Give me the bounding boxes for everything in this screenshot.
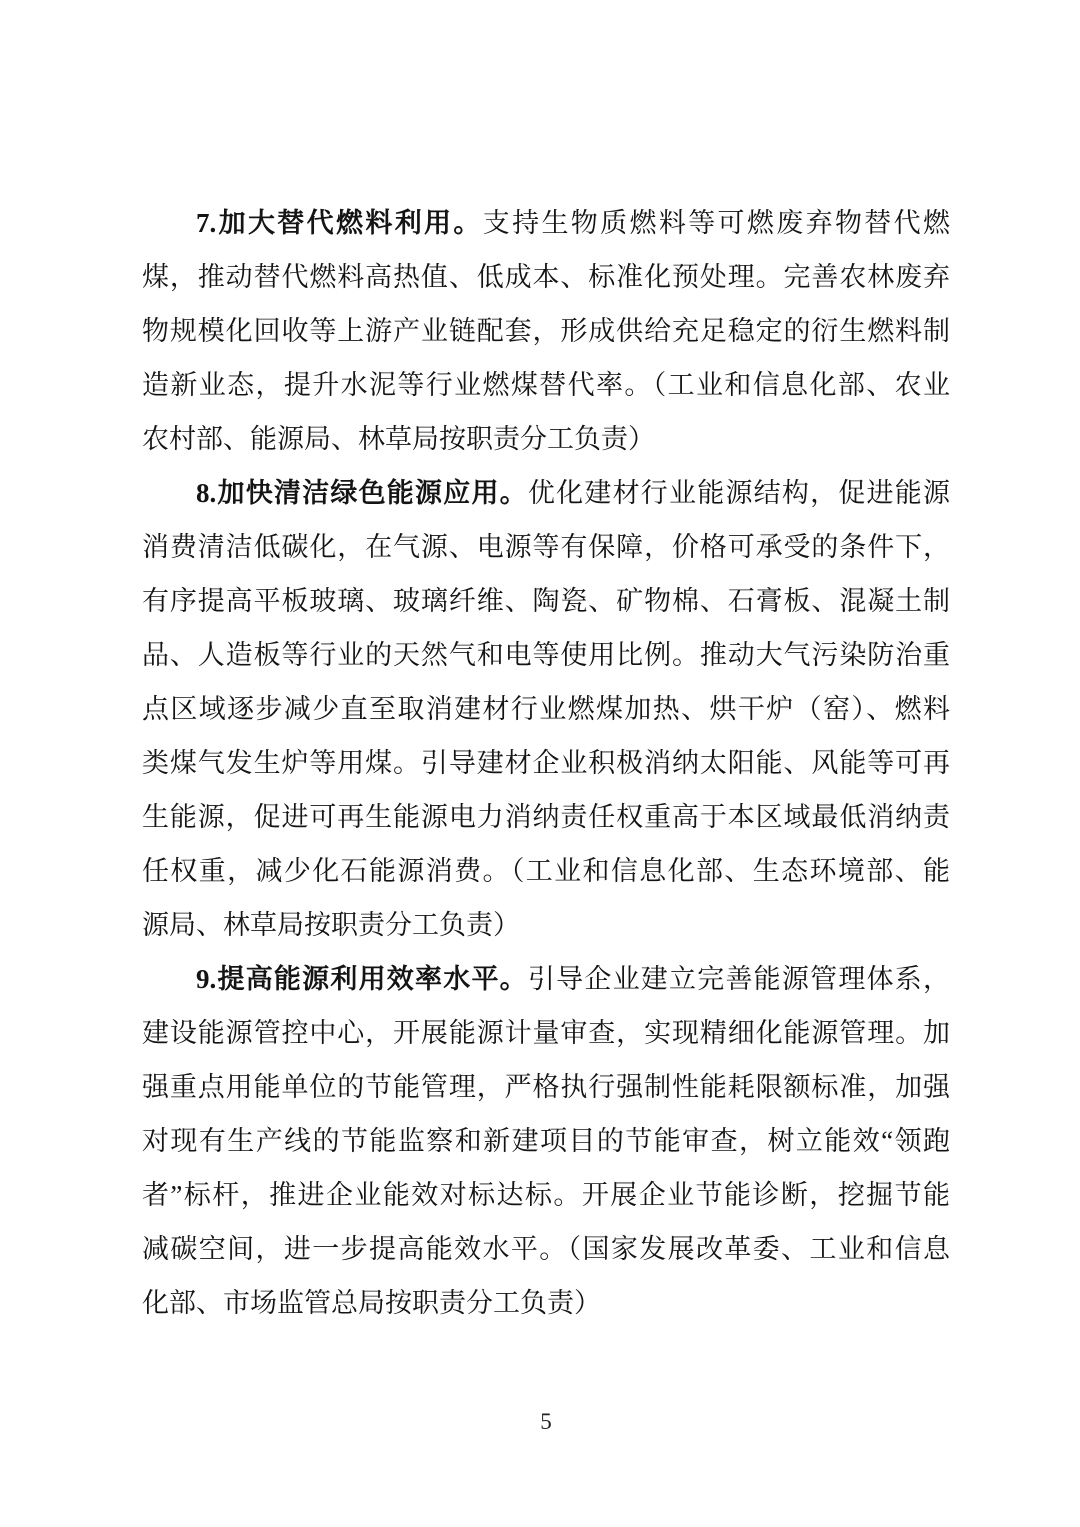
text-line: 农村部、能源局、林草局按职责分工负责） [142,412,950,466]
text-line: 生能源，促进可再生能源电力消纳责任权重高于本区域最低消纳责 [142,790,950,844]
paragraph-9-heading: 9.提高能源利用效率水平。 [196,964,528,994]
text-line: 煤，推动替代燃料高热值、低成本、标准化预处理。完善农林废弃 [142,250,950,304]
text-line: 者”标杆，推进企业能效对标达标。开展企业节能诊断，挖掘节能 [142,1168,950,1222]
paragraph-7-heading: 7.加大替代燃料利用。 [196,208,483,238]
text-line: 造新业态，提升水泥等行业燃煤替代率。（工业和信息化部、农业 [142,358,950,412]
document-body: 7.加大替代燃料利用。支持生物质燃料等可燃废弃物替代燃 煤，推动替代燃料高热值、… [142,196,950,1330]
text-line: 类煤气发生炉等用煤。引导建材企业积极消纳太阳能、风能等可再 [142,736,950,790]
page-number: 5 [142,1405,950,1439]
text-line: 8.加快清洁绿色能源应用。优化建材行业能源结构，促进能源 [142,466,950,520]
text-line: 物规模化回收等上游产业链配套，形成供给充足稳定的衍生燃料制 [142,304,950,358]
text-line: 有序提高平板玻璃、玻璃纤维、陶瓷、矿物棉、石膏板、混凝土制 [142,574,950,628]
paragraph-8-heading: 8.加快清洁绿色能源应用。 [196,478,528,508]
text-line: 9.提高能源利用效率水平。引导企业建立完善能源管理体系， [142,952,950,1006]
text-line: 源局、林草局按职责分工负责） [142,898,950,952]
paragraph-9: 9.提高能源利用效率水平。引导企业建立完善能源管理体系， 建设能源管控中心，开展… [142,952,950,1330]
text-line: 强重点用能单位的节能管理，严格执行强制性能耗限额标准，加强 [142,1060,950,1114]
paragraph-8-first-line-text: 优化建材行业能源结构，促进能源 [528,478,950,508]
text-line: 点区域逐步减少直至取消建材行业燃煤加热、烘干炉（窑）、燃料 [142,682,950,736]
text-line: 品、人造板等行业的天然气和电等使用比例。推动大气污染防治重 [142,628,950,682]
paragraph-8: 8.加快清洁绿色能源应用。优化建材行业能源结构，促进能源 消费清洁低碳化，在气源… [142,466,950,952]
paragraph-7-first-line-text: 支持生物质燃料等可燃废弃物替代燃 [483,208,950,238]
text-line: 任权重，减少化石能源消费。（工业和信息化部、生态环境部、能 [142,844,950,898]
document-page: 7.加大替代燃料利用。支持生物质燃料等可燃废弃物替代燃 煤，推动替代燃料高热值、… [0,0,1080,1527]
text-line: 减碳空间，进一步提高能效水平。（国家发展改革委、工业和信息 [142,1222,950,1276]
paragraph-7: 7.加大替代燃料利用。支持生物质燃料等可燃废弃物替代燃 煤，推动替代燃料高热值、… [142,196,950,466]
text-line: 7.加大替代燃料利用。支持生物质燃料等可燃废弃物替代燃 [142,196,950,250]
text-line: 消费清洁低碳化，在气源、电源等有保障，价格可承受的条件下， [142,520,950,574]
text-line: 建设能源管控中心，开展能源计量审查，实现精细化能源管理。加 [142,1006,950,1060]
text-line: 化部、市场监管总局按职责分工负责） [142,1276,950,1330]
paragraph-9-first-line-text: 引导企业建立完善能源管理体系， [528,964,950,994]
text-line: 对现有生产线的节能监察和新建项目的节能审查，树立能效“领跑 [142,1114,950,1168]
